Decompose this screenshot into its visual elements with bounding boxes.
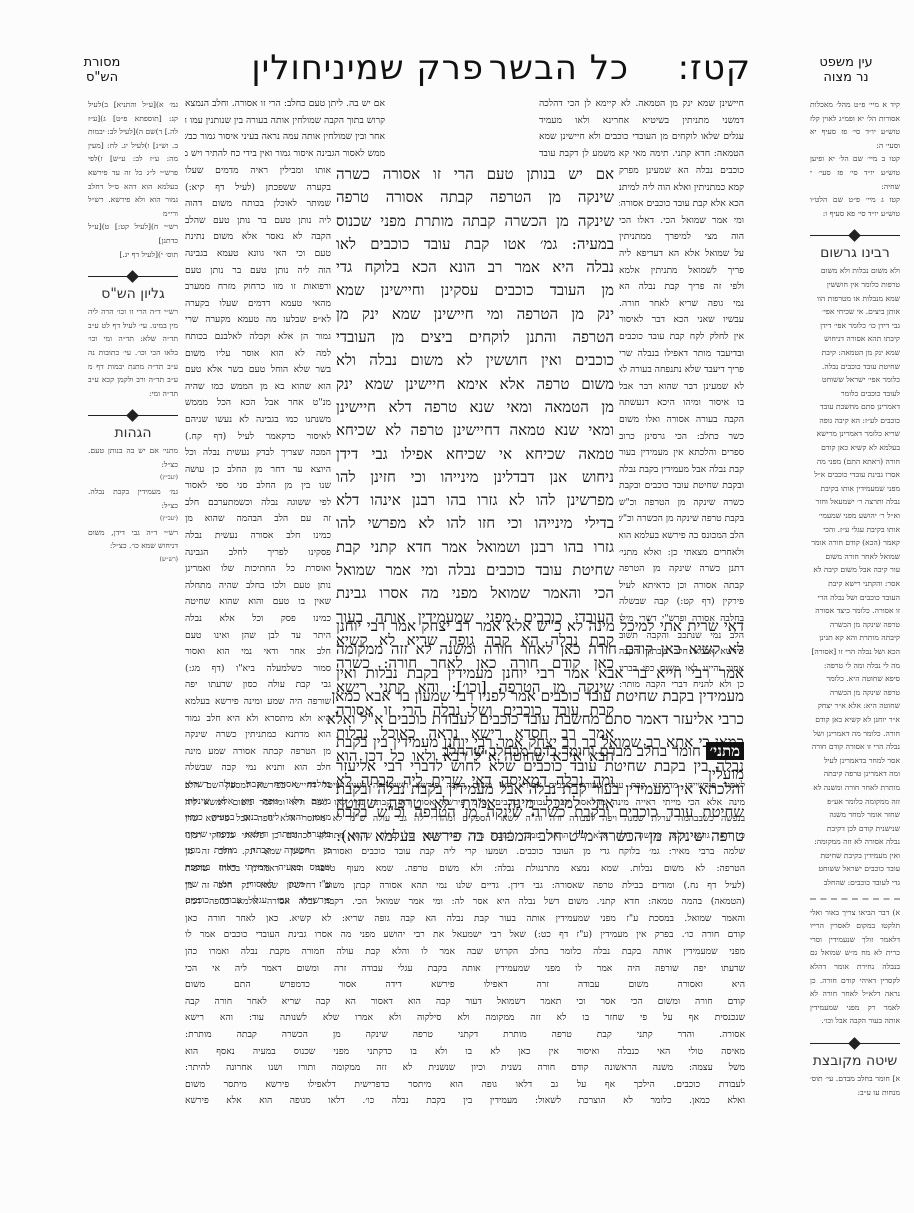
ornament-divider-icon — [88, 271, 178, 281]
tosafot-line: הקבה לא נאסר אלא משום נתינת — [185, 229, 331, 246]
rashi-line: עגלים שלאו לוקחים מן העובדי כוכבים ולא ח… — [539, 129, 744, 146]
tosafot-line: הוא שהוא בא מן הממש כמו שהיה — [185, 379, 331, 396]
tosafot-line: לא״פ שבלעו מה טעמא מקערה שרי — [185, 312, 331, 329]
rashi-line: נמי גופה שריא לאחר חורה. — [619, 296, 744, 313]
commentary-line: קודם חורה כו׳. בפרק אין מעמידין (ע"ז דף … — [185, 927, 745, 944]
rabbeinu-gershom-line: קיבתה מותרת והא קא תנינן — [810, 631, 900, 645]
tosafot-line: שנו בין מן החלב סני ספי לאסור — [185, 478, 331, 495]
ornament-divider-icon — [88, 410, 178, 420]
commentary-line: מינה אלא הכי מייתי ראייה מינה מדלאסר קבת… — [185, 795, 745, 812]
rashi-line: ולפי זה פריך קבת נבלה הא — [619, 279, 744, 296]
rashi-line: אסור והיינו לאו משום כפי דבריו — [619, 661, 744, 678]
tosafot-line: נותן טעם ולכו בחלב שהיה מתחלה — [185, 578, 331, 595]
rabbeinu-gershom-line: סיפא שחוטה היא. כלומר — [810, 672, 900, 686]
rabbeinu-gershom-line: טרפה שינקה מן הכשרה — [810, 686, 900, 700]
tosafot-line: גבי קבת עולה כסון שדעתו יפה — [185, 677, 331, 694]
rashi-line: הטמאה: חדא קתני. תימה מאי קא משמע לן דקב… — [539, 146, 744, 163]
rashi-line: כשר כתלב: הכי גרסינן כרוב — [619, 429, 744, 446]
commentary-line: לאסור פירשייהו מדקתני קבת עגלי עבודת כוכ… — [185, 778, 745, 795]
commentary-line: לעבודת כוכבים. הילכך אף על גב דלאו גופה … — [185, 1077, 745, 1094]
shita-mekubetzet-text: א] חומר בחלב מבדם. עי׳ תוס׳ מנחות עו ע״ב… — [810, 1072, 900, 1099]
rabbeinu-gershom-text: ולא משום נבלות ולא משוםטרפות כלומר אין ח… — [810, 264, 900, 889]
commentary-line: שנכנסית אף על פי שחזר בו לא זזה ממקומה ו… — [185, 1010, 745, 1027]
rabbeinu-gershom-line: שנישנית קודם לכן דקיבת — [810, 822, 900, 836]
rashi-line: לא שמעינן דבר שהוא דבר אבל — [619, 379, 744, 396]
rashi-line: חיישינן שמא ינק מן הטמאה. לא קיימא לן הכ… — [539, 96, 744, 113]
gemara-line: כרבי אליעזר דאמר סתם מחשבת עובד כוכבים ל… — [336, 708, 744, 731]
hagahot-entry: רש״י ד״ה גבי דידן, משום דניחוש שמא כו׳. … — [88, 526, 178, 567]
rabbeinu-gershom-line: ומה דאמרינן טרפה קיבתה — [810, 767, 900, 781]
gemara-line: בדילי מינייהו וכי חזו להו לא מפרשי להו — [336, 512, 614, 535]
gemara-line: משום טרפה אלא אימא חיישינן שמא ינק — [336, 373, 614, 396]
rabbeinu-gershom-line: כלומר אפי׳ ישראל ששוחט — [810, 373, 900, 387]
gemara-line: ניחוש אנן דבדלינן מינייהו וכי חזינן להו — [336, 466, 614, 489]
rashi-line: כן ולא להניח דברי הקבה מותר: — [619, 677, 744, 694]
rabbeinu-gershom-line: שמואל לאחר חורה משום — [810, 550, 900, 564]
rabbeinu-gershom-line: זו אסורה. כלומר כיצד אסורה — [810, 604, 900, 618]
tosafot-line: קרוש בתוך הקבה שמולחין אותה בעורה בין שנ… — [185, 113, 385, 130]
gemara-line: שחיטת עובד כוכבים נבלה ומי אמר שמואל — [336, 559, 614, 582]
rashi-line: קמא כמתניתין ואלא הוה ליה למיתני — [619, 180, 744, 197]
commentary-line: שדעתו יפה שורפה היה אמר לו מפני שמעמידין… — [185, 961, 745, 978]
tosafot-line: שורפה היה שמע ומינה פירשא בעלמא — [185, 694, 331, 711]
masoret-hashas-entries: גמ׳ א)[ע״ל והתניא] ב)לעיל קנ: [תוספתא פ״… — [88, 98, 178, 261]
chapter-number: פרק שמיני — [324, 50, 484, 86]
tosafot-line: אותו ומבילין ראיה מדמים שעלו — [185, 163, 331, 180]
tosafot-line: משנתנו כמו בגבינה לא נעשו שניהם — [185, 412, 331, 429]
tosafot-line: הוא מדתנא כמתניתין כשרה שינקה — [185, 727, 331, 744]
tosafot-top-block: אם יש בה. ליתן טעם כחלב: הרי זו אסורה. ו… — [185, 96, 385, 162]
rabbeinu-gershom-line: מפני שמעמידין אותו בקיבת — [810, 482, 900, 496]
rabbeinu-gershom-line: וא״ל ר׳ יהושע מפני שמעמי׳ — [810, 509, 900, 523]
chapter-name: כל הבשר — [489, 50, 629, 86]
rashi-line: ומי אמר שמואל הכי. דאלו הכי — [619, 213, 744, 230]
tosafot-line: אחר ובין שמולחין אותה עמה נראה בעיני איס… — [185, 129, 385, 146]
ein-mishpat-entry: קיד א מיי׳ פ״ט מהל׳ מאכלות אסורות הל׳ יא… — [810, 98, 900, 152]
hagahot-source: (יעב״ץ) — [88, 471, 178, 485]
hagahot-entry-text: גמ׳ מעמידין בקבת נבלה. כצ״ל: — [88, 487, 178, 510]
tosafot-line: לאיסור כדקאמר לעיל (דף קח.) — [185, 429, 331, 446]
tosafot-line: אם יש בה. ליתן טעם כחלב: הרי זו אסורה. ו… — [185, 96, 385, 113]
rashi-line: בחלבה אסורה ופרש"י דשרי מילי — [619, 611, 744, 628]
gemara-line: ומאי שנא טמאה דחיישינן טרפה לא שכיחא — [336, 419, 614, 442]
rabbeinu-gershom-line: נבלה ותרצה ר׳ ישמעאל וחזר — [810, 495, 900, 509]
rabbeinu-gershom-line: אסרו גבינת עובדי כוכבים א״ל — [810, 468, 900, 482]
rashi-line: ובדיעבד מותר דאפילו בנבלה שרי — [619, 346, 744, 363]
gemara-line: מן העובד כוכבים עסקינן וחיישינן שמא — [336, 279, 614, 302]
tosafot-line: זה עם הלב הבהמה שהוא מן — [185, 511, 331, 528]
tosafot-line: בשר שלא הוחל טעם בשר אלא טעם — [185, 362, 331, 379]
page-number: קטז: — [678, 50, 751, 86]
tosafot-line: חלב הוא ותניא נמי קבה שבשלה — [185, 760, 331, 777]
gemara-line: מפרשינן להו לא גזרו בהו רבנן אינהו דלא — [336, 489, 614, 512]
ein-mishpat-label-line2: נר מצוה — [806, 70, 886, 85]
masoret-label: מסורת הש"ס — [62, 55, 142, 85]
gemara-line: אם יש בנותן טעם הרי זו אסורה כשרה — [336, 163, 614, 186]
rashi-line: כשרה שינקה מן הטרפה וכ"ש — [619, 495, 744, 512]
rabbeinu-gershom-line: שחיטת עובד כוכבים נבלה. — [810, 360, 900, 374]
right-footnote: א) דבר הביאו צריך באור ואלי תלקטו במקום … — [810, 906, 900, 1028]
ein-mishpat-label: עין משפט נר מצוה — [806, 55, 886, 85]
rashi-line: קבת נבלה אבל מעמידין בקבת נבלה — [619, 462, 744, 479]
gemara-line: נבלה היא אמר רב הונא הכא בלוקח גדי — [336, 256, 614, 279]
commentary-line: (לעיל דף נח.) ומודים בבילת טרפה שאסורה: … — [185, 878, 745, 895]
rashi-line: הלב המכונס בה פירשא בעלמא הוא — [619, 528, 744, 545]
rabbeinu-gershom-line: נבלה אסורה לא זזה ממקומה: — [810, 835, 900, 849]
rabbeinu-gershom-line: גבי דידן כו׳ כלומר אפי׳ דידן — [810, 319, 900, 333]
tosafot-line: ממש לאסור הגבינה איסור גמור ואין בידי כח… — [185, 146, 385, 163]
rashi-line: בקבת טרפה שינקה מן הכשרה וכ"ש — [619, 511, 744, 528]
rashi-line: על שמואל אלא הא דעדיפא ליה — [619, 246, 744, 263]
rabbeinu-gershom-line: ולא משום נבלות ולא משום — [810, 264, 900, 278]
tosafot-line: היתר עד לבן שהן ואינו טעם — [185, 628, 331, 645]
tosafot-line: ורפואות זו מזו כרחוק מזרח ממערב — [185, 279, 331, 296]
rashi-line: דתנן כשרה שינקה מן הטרפה — [619, 561, 744, 578]
rabbeinu-gershom-line: כוכבים לע״ז: הא קיבה גופה — [810, 414, 900, 428]
rabbeinu-gershom-line: שמא מנבלות או מטרפות הוו — [810, 292, 900, 306]
tosafot-line: שמותר לאוכלן בכותח משום דהוה — [185, 196, 331, 213]
mishnah-marker: מתני׳ — [706, 742, 744, 760]
hagahot-title: הגהות — [88, 424, 178, 442]
rashi-line: פירקין (דף קט:) קבה שבשלה — [619, 594, 744, 611]
rashi-line: הלב נמי שנתכב והקבה תשוב — [619, 628, 744, 645]
rabbeinu-gershom-line: עובד כוכבים ישראל ששוחט — [810, 862, 900, 876]
ornament-divider-icon — [810, 1038, 900, 1048]
ein-mishpat-entries: קיד א מיי׳ פ״ט מהל׳ מאכלות אסורות הל׳ יא… — [810, 98, 900, 220]
rabbeinu-gershom-line: חורה. כלומר מה דאמרינן ושל — [810, 727, 900, 741]
mishnah-text: חומר בחלב מבדם וחומר בדם מבחלב שהחלב — [442, 742, 701, 760]
tosafot-line: כמינו חלב אסורה נעשית נבלה — [185, 528, 331, 545]
hagahot-entry: גמ׳ מעמידין בקבת נבלה. כצ״ל:(יעב״ץ) — [88, 485, 178, 526]
hagahot-entry-text: מתני׳ אם יש בה בנותן טעם. כצ״ל: — [88, 446, 178, 469]
gemara-line: גזרו בהו רבנן ושמואל אמר חדא קתני קבת — [336, 536, 614, 559]
tosafot-line: הוה ליה נותן טעם בר נותן טעם — [185, 263, 331, 280]
rabbeinu-gershom-line: אסר: והקתני רישא קיבת — [810, 577, 900, 591]
rashi-line: ספרים והלכתא אין מעמידין בעור — [619, 445, 744, 462]
gilyon-hashas-title: גליון הש"ס — [88, 285, 178, 303]
commentary-line: (הטמאה) בהמה טמאה: חדא קתני. משום דשל נב… — [185, 894, 745, 911]
rabbeinu-gershom-line: שחוטה היא: אלא א״ר יצחק — [810, 699, 900, 713]
commentary-line: בנפשה כשבבהמה ערלת שמנה ויפה לעבודה זרה … — [185, 811, 745, 828]
tosafot-line: היוצא עד דחר מן החלב כן עושה — [185, 462, 331, 479]
rabbeinu-gershom-line: אסר למחר בדאמרינן לעיל — [810, 754, 900, 768]
shita-mekubetzet-title: שיטה מקובצת — [810, 1052, 900, 1070]
masoret-entry: גמ׳ א)[ע״ל והתניא] ב)לעיל קנ: [תוספתא פ״… — [88, 98, 178, 220]
commentary-line: כי האי גוונא דלאו קדושה חלה אלא על הראוי… — [185, 828, 745, 845]
rabbeinu-gershom-line: אותן ביצים. אי שכיחי אפי׳ — [810, 305, 900, 319]
rabbeinu-gershom-line: מותרת לאחר חורה ומשנה לא — [810, 781, 900, 795]
rashi-line: ובקבת שחיטת עובד כוכבים ובקבת — [619, 478, 744, 495]
rashi-column: כוכבים נבלה הא שמעינן מפרקקמא כמתניתין ו… — [619, 163, 744, 694]
masoret-entry: רש״י ח)[לעיל קט:] ט)[ע״ל כדתנן] — [88, 220, 178, 247]
tosafot-line: ואוסרת כל החתיכות שלו ואמרינן — [185, 561, 331, 578]
ein-mishpat-entry: קטו ב מיי׳ שם הל׳ יא ופיען טוש״ע יו״ד סי… — [810, 152, 900, 193]
ornament-divider-icon — [810, 230, 900, 240]
rashi-line: הקבה בעורה אסורה ואלו משום — [619, 412, 744, 429]
gemara-line: הטרפה והתנן לוקחים ביצים מן העובדי — [336, 326, 614, 349]
tosafot-line: גמור הן אלא וקבלה לאלבנם בכותח — [185, 329, 331, 346]
rashi-line: הכא אלא קבת עובד כוכבים אסורה: — [619, 196, 744, 213]
bottom-commentary: לאסור פירשייהו מדקתני קבת עגלי עבודת כוכ… — [185, 778, 745, 1110]
rabbeinu-gershom-line: לעובד כוכבים כלומר — [810, 387, 900, 401]
masoret-label-line2: הש"ס — [62, 70, 142, 85]
commentary-line: היא ואסורה משום עבודה זרה דאפילו פירשא ד… — [185, 977, 745, 994]
right-margin: קיד א מיי׳ פ״ט מהל׳ מאכלות אסורות הל׳ יא… — [810, 98, 900, 1099]
rashi-line: ולאחרים מצאתי כן: ואלא מתני׳ — [619, 545, 744, 562]
rabbeinu-gershom-line: גדי לעובד כוכבים: שהחלב — [810, 876, 900, 890]
masoret-entry: תוס׳ י)[לעיל דף יג.] — [88, 248, 178, 262]
tosafot-line: סמור כשלמעלה ביא"ו (דף מג:) — [185, 661, 331, 678]
tosafot-line: חלב אחר ודאי נמי הוא ואסור — [185, 644, 331, 661]
hagahot-entry-text: רש״י ד״ה גבי דידן, משום דניחוש שמא כו׳. … — [88, 528, 178, 551]
rabbeinu-gershom-line: קאמר (הכא) קודם חורה אומר — [810, 536, 900, 550]
rashi-line: פריך לשמואל מתניתין אלמא — [619, 263, 744, 280]
tractate-name: חולין — [251, 50, 324, 86]
rabbeinu-gershom-line: זזה ממקומה כלומר אע״פ — [810, 795, 900, 809]
hagahot-source: (רש״ש) — [88, 553, 178, 567]
rashi-line: עבשיו שאני הכא דבר לאיסור — [619, 312, 744, 329]
rabbeinu-gershom-line: בעלמא לא קשיא כאן קודם — [810, 441, 900, 455]
hagahot-entry: מתני׳ אם יש בה בנותן טעם. כצ״ל:(יעב״ץ) — [88, 444, 178, 485]
rabbeinu-gershom-title: רבינו גרשום — [810, 244, 900, 262]
gilyon-hashas-text: רש״י ד״ה הרי זו וכו׳ הרה ליה מין במינו. … — [88, 305, 178, 400]
tosafot-line: מן הטרפה קבתה אסורה שמע מינה — [185, 744, 331, 761]
tosafot-line: היא ולא מיתסרא ולא היא חלב גמור — [185, 711, 331, 728]
rashi-line: הוה מצי למיפרך ממתניתין — [619, 229, 744, 246]
ein-mishpat-entry: קטז ג מיי׳ פ״ט שם הלט״ו טוש״ע יו״ד סי׳ פ… — [810, 193, 900, 220]
rabbeinu-gershom-line: מה לי נבלה ומה לי טרפה: — [810, 659, 900, 673]
rabbeinu-gershom-line: ואין מעמידין בקיבת שחיטת — [810, 849, 900, 863]
gemara-line: במעיה: גמ׳ אטו קבת עובד כוכבים לאו — [336, 233, 614, 256]
tosafot-line: טעם וכי האי גוונא טעמא בגבינה — [185, 246, 331, 263]
rabbeinu-gershom-line: שמא ינק מן הטמאה: קיבת — [810, 346, 900, 360]
tosafot-line: בקערה ששפכתן (לעיל דף קיא:) — [185, 180, 331, 197]
tosafot-line: למה לא הוא אוסר עליו משום — [185, 346, 331, 363]
tosafot-line: כמינו פסק וכל אלא נבלה — [185, 611, 331, 628]
rabbeinu-gershom-line: עור קיבה אבל משום קיבה לא — [810, 563, 900, 577]
commentary-line: מפני שמעמידין אותה בקבת נבלה כלומר בחלב … — [185, 944, 745, 961]
rabbeinu-gershom-line: דאמרינן סתם מחשבת עובד — [810, 400, 900, 414]
tosafot-line: מהאי טעמא דדמים שעלו בקערה — [185, 296, 331, 313]
rabbeinu-gershom-line: שריא כלומר דאמרינן מרישא — [810, 427, 900, 441]
rashi-line: בו איסור ומיהו היכא דנעשתה — [619, 395, 744, 412]
rabbeinu-gershom-line: העובד כוכבים ושל נבלה הרי — [810, 591, 900, 605]
hagahot-source: (יעב״ץ) — [88, 512, 178, 526]
rabbeinu-gershom-line: נבלה הרי זו אסורה קודם חורה — [810, 740, 900, 754]
rashi-line: דמשני מתניתין בשיטיא אחרינא ולאו מעמיד — [539, 113, 744, 130]
rabbeinu-gershom-line: א״ר יוחנן לא קשיא כאן קודם — [810, 713, 900, 727]
gemara-line: שינקה מן הטרפה קבתה אסורה טרפה — [336, 186, 614, 209]
rabbeinu-gershom-line: קיבתו תהא אסורה דניחוש — [810, 332, 900, 346]
commentary-line: אסורה. והדר קתני קבת טרפה מותרת דקתני טר… — [185, 1027, 745, 1044]
tosafot-line: ליה נותן טעם בר נותן טעם שהלב — [185, 213, 331, 230]
gemara-line: כוכבים ואין חוששין לא משום נבלה ולא — [336, 349, 614, 372]
commentary-line: והאמר שמואל. במסכת ע"ז מפני שמעמידין אות… — [185, 911, 745, 928]
dashed-divider — [810, 898, 900, 900]
tosafot-line: המכה שצריך לבדק נעשית נבלה וכל — [185, 445, 331, 462]
gemara-line: הכי והאמר שמואל מפני מה אסרו גבינת — [336, 582, 614, 605]
rabbeinu-gershom-line: אותו בקיבת עגלי ע״ז. והכי — [810, 523, 900, 537]
gemara-line: מן הטמאה ומאי שנא טרפה דלא חיישינן — [336, 396, 614, 419]
rabbeinu-gershom-line: חורה (ראתא התם) מפני מה — [810, 455, 900, 469]
left-margin: גמ׳ א)[ע״ל והתניא] ב)לעיל קנ: [תוספתא פ״… — [88, 98, 178, 567]
rashi-line: פריך דיעבד שלא נתנפחה בעורה לא — [619, 362, 744, 379]
rashi-line: פירשא אלמא חלב שבתוך הקבה — [619, 644, 744, 661]
commentary-line: משל עצמה: משנה הראשונה קודם חורה נשנית ו… — [185, 1060, 745, 1077]
commentary-line: שלמה ברבי מאיר: גמ׳ בלוקח גדי מן העובד כ… — [185, 844, 745, 861]
gemara-line: ינק מן הטרפה ומי חיישינן שמא ינק מן — [336, 303, 614, 326]
tosafot-line: פסקינו לפריך לחלב הגבינה — [185, 545, 331, 562]
gemara-line: שינקה מן הכשרה קבתה מותרת מפני שכנוס — [336, 210, 614, 233]
rabbeinu-gershom-line: טרפה שינקה מן הכשרה — [810, 618, 900, 632]
masoret-label-line1: מסורת — [62, 55, 142, 70]
rashi-line: כוכבים נבלה הא שמעינן מפרק — [619, 163, 744, 180]
rabbeinu-gershom-line: טרפות כלומר אין חוששין — [810, 278, 900, 292]
gemara-line: טמאה שכיחא אי שכיחא אפילו גבי דידן — [336, 443, 614, 466]
rashi-line: אין לחלק לקח קבת עובד כוכבים — [619, 329, 744, 346]
tosafot-line: שאין בו טעם והוא שהוא שחיטה — [185, 594, 331, 611]
rabbeinu-gershom-line: הכא ושל נבלה הרי זו [אסורה] — [810, 645, 900, 659]
rabbeinu-gershom-line: שחזר אומר למחר משנה — [810, 808, 900, 822]
hagahot-entries: מתני׳ אם יש בה בנותן טעם. כצ״ל:(יעב״ץ)גמ… — [88, 444, 178, 566]
commentary-line: מאיסה טולי האי כנבלה ואיסור אין כאן לא ב… — [185, 1044, 745, 1061]
ein-mishpat-label-line1: עין משפט — [806, 55, 886, 70]
tosafot-line: מנ"ט אחר אבל הכא הכל מממש — [185, 395, 331, 412]
commentary-line: קודם חורה ומשום הכי אסר וכי תאמר דשמואל … — [185, 994, 745, 1011]
commentary-line: הטרפה: לא משום נבלות. שמא נמצא מתרנגולת … — [185, 861, 745, 878]
tosafot-line: לפי ששוגה נבלה וכשמתערבם חלב — [185, 495, 331, 512]
rashi-top-block: חיישינן שמא ינק מן הטמאה. לא קיימא לן הכ… — [539, 96, 744, 162]
rashi-line: קבתה אסורה וכן כדאיתא לעיל — [619, 578, 744, 595]
commentary-line: ואלא כמאן. כלומר לא הוצרכת לשאול: מעמידי… — [185, 1093, 745, 1110]
